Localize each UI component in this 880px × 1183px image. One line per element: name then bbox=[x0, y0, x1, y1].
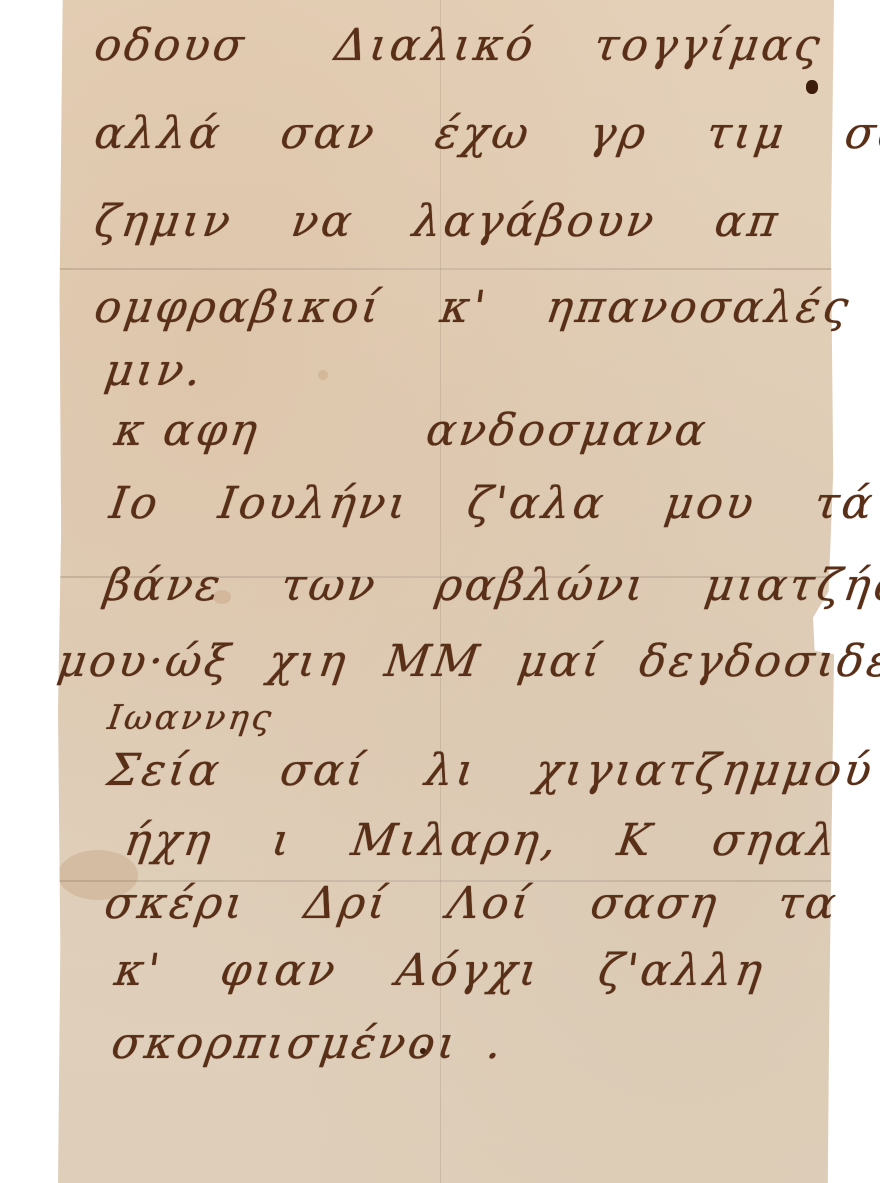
text-line-8: βάνε των ραβλώνι μιατζής bbox=[101, 560, 880, 611]
word: σαιν bbox=[842, 108, 880, 159]
text-line-2: αλλά σαν έχω γρ τιμ σαιν bbox=[91, 108, 880, 159]
paper-stain bbox=[318, 370, 328, 380]
word: μου bbox=[661, 478, 759, 529]
word: λαγάβουν bbox=[410, 196, 660, 247]
word: μιν. bbox=[101, 345, 207, 396]
word: Αόγχι bbox=[393, 945, 544, 996]
word: Ιο bbox=[106, 478, 163, 529]
word: κ' bbox=[437, 282, 491, 333]
word: ι bbox=[269, 815, 296, 866]
word: ήχη bbox=[121, 815, 217, 866]
word: δεγδοσιδέλμα bbox=[636, 636, 880, 687]
text-line-13: σκέρι Δρί Λοί σαση τα bbox=[101, 878, 880, 929]
word: τιμ bbox=[703, 108, 789, 159]
word: απ bbox=[712, 196, 784, 247]
word: Ιουλήνι bbox=[215, 478, 412, 529]
word: να bbox=[288, 196, 358, 247]
word: αλλά bbox=[91, 108, 225, 159]
word: Κ bbox=[614, 815, 657, 866]
word: σκορπισμένοι bbox=[108, 1018, 461, 1069]
word: οδουσ bbox=[91, 20, 249, 71]
word: ζημιν bbox=[91, 196, 236, 247]
text-line-1: οδουσ Διαλικό τογγίμας bbox=[91, 20, 867, 71]
word: χιγιατζημμού bbox=[532, 745, 877, 796]
text-line-15: σκορπισμένοι . bbox=[108, 1018, 549, 1069]
word: τα bbox=[775, 878, 842, 929]
word: κ αφη bbox=[111, 405, 263, 456]
text-line-11: Σεία σαί λι χιγιατζημμού σι bbox=[104, 745, 880, 796]
word: σηαλ bbox=[709, 815, 842, 866]
word: ζ'αλλη bbox=[595, 945, 768, 996]
word: έχω bbox=[432, 108, 534, 159]
word: γρ bbox=[586, 108, 651, 159]
word: ζ'αλα bbox=[464, 478, 609, 529]
word: ομφραβικοί bbox=[91, 282, 385, 333]
word: ηπανοσαλές bbox=[543, 282, 854, 333]
word: σαί bbox=[277, 745, 370, 796]
word: μαί bbox=[515, 636, 607, 687]
text-line-6: κ αφη ανδοσμανα bbox=[111, 405, 753, 456]
word: μου·ώξ bbox=[54, 636, 235, 687]
text-line-4: ομφραβικοί κ' ηπανοσαλές bbox=[91, 282, 880, 333]
word: κ' bbox=[111, 945, 165, 996]
text-line-5: μιν. bbox=[101, 345, 249, 396]
text-line-7: Ιο Ιουλήνι ζ'αλα μου τά bbox=[106, 478, 880, 529]
word: σκέρι bbox=[101, 878, 249, 929]
word: βάνε bbox=[101, 560, 226, 611]
fold-crease bbox=[58, 268, 834, 270]
text-line-3: ζημιν να λαγάβουν απ bbox=[91, 196, 825, 247]
ink-blot bbox=[806, 80, 818, 94]
word: τά bbox=[811, 478, 878, 529]
word: Διαλικό bbox=[332, 20, 539, 71]
word: . bbox=[484, 1018, 508, 1069]
text-line-14: κ' φιαν Αόγχι ζ'αλλη bbox=[111, 945, 810, 996]
word: χιη bbox=[265, 636, 351, 687]
word: ανδοσμανα bbox=[423, 405, 711, 456]
word: Λοί bbox=[444, 878, 536, 929]
word: ραβλώνι bbox=[433, 560, 650, 611]
word: Σεία bbox=[104, 745, 225, 796]
word: σαση bbox=[587, 878, 722, 929]
word: φιαν bbox=[217, 945, 341, 996]
word: Μιλαρη, bbox=[348, 815, 562, 866]
word: Ιωαννης bbox=[105, 698, 276, 738]
word: σαν bbox=[278, 108, 381, 159]
word: μιατζής bbox=[702, 560, 880, 611]
word: τογγίμας bbox=[591, 20, 826, 71]
word: λι bbox=[422, 745, 480, 796]
text-line-12: ήχη ι Μιλαρη, Κ σηαλ bbox=[121, 815, 880, 866]
word: ΜΜ bbox=[382, 636, 485, 687]
word: Δρί bbox=[301, 878, 392, 929]
word: των bbox=[278, 560, 381, 611]
text-line-10: Ιωαννης bbox=[105, 698, 318, 738]
text-line-9: μου·ώξ χιη ΜΜ μαί δεγδοσιδέλμα bbox=[54, 636, 880, 687]
